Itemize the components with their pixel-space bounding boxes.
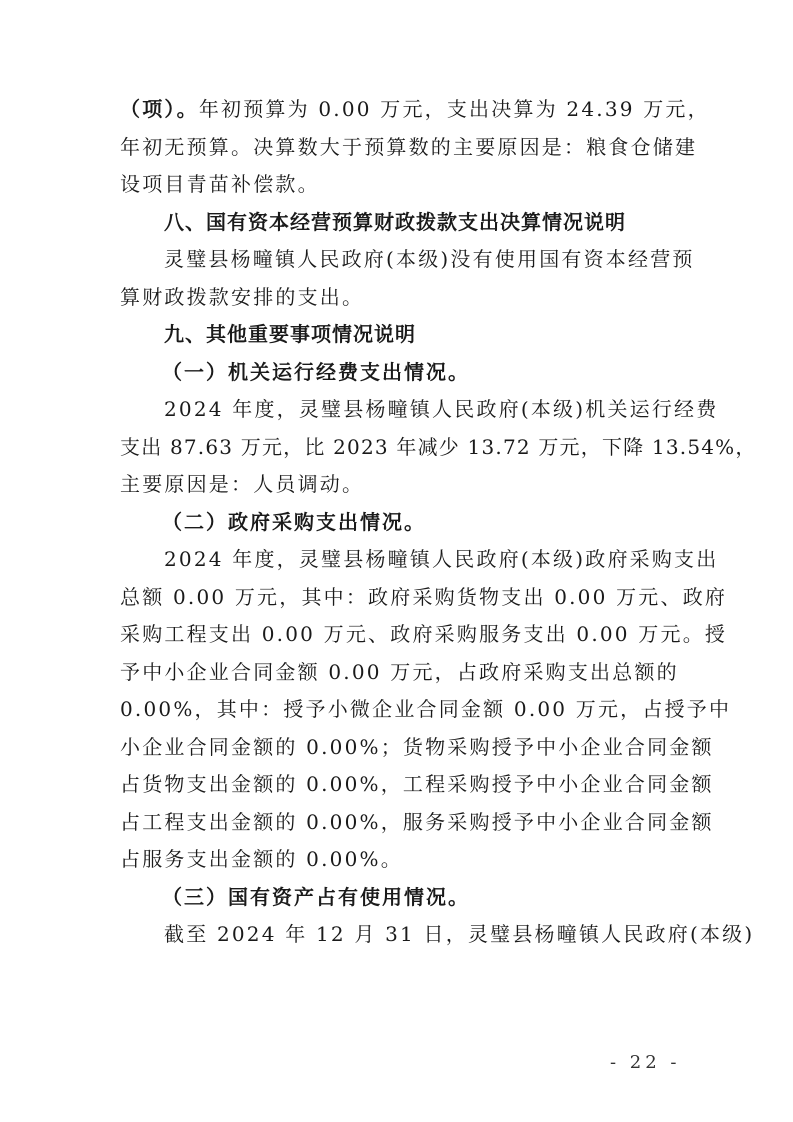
item-label: （项）。 [120,97,199,121]
paragraph-line: 小企业合同金额的 0.00%；货物采购授予中小企业合同金额 [120,729,680,767]
subsection-heading-3: （三）国有资产占有使用情况。 [120,879,680,917]
paragraph-line: 年初无预算。决算数大于预算数的主要原因是：粮食仓储建 [120,129,680,167]
subsection-heading-1: （一）机关运行经费支出情况。 [120,354,680,392]
paragraph-line: 支出 87.63 万元，比 2023 年减少 13.72 万元，下降 13.54… [120,429,680,467]
paragraph-line: 占货物支出金额的 0.00%，工程采购授予中小企业合同金额 [120,766,680,804]
paragraph-line: 0.00%，其中：授予小微企业合同金额 0.00 万元，占授予中 [120,691,680,729]
line-text: 年初预算为 0.00 万元，支出决算为 24.39 万元， [199,97,710,121]
paragraph-line: 采购工程支出 0.00 万元、政府采购服务支出 0.00 万元。授 [120,616,680,654]
paragraph-line: 占服务支出金额的 0.00%。 [120,841,680,879]
paragraph-line: 2024 年度，灵璧县杨疃镇人民政府(本级)政府采购支出 [120,541,680,579]
paragraph-line-continuation: （项）。年初预算为 0.00 万元，支出决算为 24.39 万元， [120,91,680,129]
paragraph-line: 灵璧县杨疃镇人民政府(本级)没有使用国有资本经营预 [120,241,680,279]
paragraph-line: 设项目青苗补偿款。 [120,166,680,204]
paragraph-line: 占工程支出金额的 0.00%，服务采购授予中小企业合同金额 [120,804,680,842]
section-heading-8: 八、国有资本经营预算财政拨款支出决算情况说明 [120,204,680,242]
paragraph-line: 主要原因是：人员调动。 [120,466,680,504]
paragraph-line: 2024 年度，灵璧县杨疃镇人民政府(本级)机关运行经费 [120,391,680,429]
document-page: （项）。年初预算为 0.00 万元，支出决算为 24.39 万元， 年初无预算。… [120,91,680,954]
paragraph-line: 予中小企业合同金额 0.00 万元，占政府采购支出总额的 [120,654,680,692]
paragraph-line: 截至 2024 年 12 月 31 日，灵璧县杨疃镇人民政府(本级) [120,916,680,954]
section-heading-9: 九、其他重要事项情况说明 [120,316,680,354]
page-number: - 22 - [610,1052,681,1073]
paragraph-line: 总额 0.00 万元，其中：政府采购货物支出 0.00 万元、政府 [120,579,680,617]
subsection-heading-2: （二）政府采购支出情况。 [120,504,680,542]
paragraph-line: 算财政拨款安排的支出。 [120,279,680,317]
